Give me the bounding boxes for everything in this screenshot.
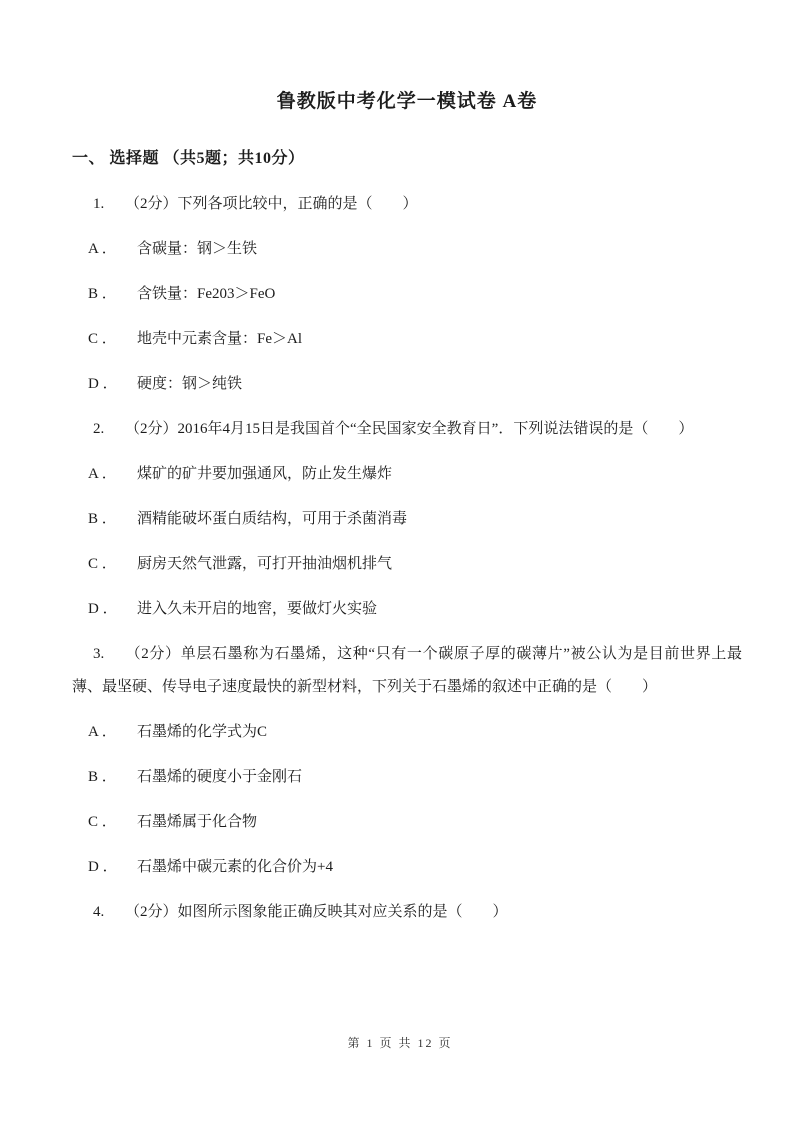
option-label: D ．: [88, 368, 137, 401]
question-number: 1.: [93, 188, 125, 221]
option-row: B ．石墨烯的硬度小于金刚石: [88, 761, 742, 794]
option-row: C ．石墨烯属于化合物: [88, 806, 742, 839]
page-footer: 第 1 页 共 12 页: [0, 1032, 800, 1054]
option-label: A ．: [88, 716, 137, 749]
exam-page: 鲁教版中考化学一模试卷 A卷 一、 选择题 （共5题；共10分） 1.（2分）下…: [0, 0, 800, 1132]
option-label: C ．: [88, 323, 137, 356]
question-stem: 2.（2分）2016年4月15日是我国首个“全民国家安全教育日”．下列说法错误的…: [72, 413, 742, 446]
option-text: 含铁量：Fe203＞FeO: [137, 286, 275, 302]
option-text: 硬度：钢＞纯铁: [137, 376, 242, 392]
option-text: 含碳量：钢＞生铁: [137, 241, 257, 257]
option-text: 酒精能破坏蛋白质结构，可用于杀菌消毒: [137, 511, 407, 527]
question-stem: 1.（2分）下列各项比较中，正确的是（ ）: [72, 188, 742, 221]
question-number: 3.: [93, 638, 125, 671]
option-label: D ．: [88, 593, 137, 626]
option-label: B ．: [88, 761, 137, 794]
option-row: C ．地壳中元素含量：Fe＞Al: [88, 323, 742, 356]
question-4: 4.（2分）如图所示图象能正确反映其对应关系的是（ ）: [72, 896, 742, 929]
option-label: C ．: [88, 806, 137, 839]
question-stem: 4.（2分）如图所示图象能正确反映其对应关系的是（ ）: [72, 896, 742, 929]
option-row: A ．煤矿的矿井要加强通风，防止发生爆炸: [88, 458, 742, 491]
question-number: 4.: [93, 896, 125, 929]
option-label: A ．: [88, 233, 137, 266]
option-text: 石墨烯属于化合物: [137, 814, 257, 830]
option-label: B ．: [88, 503, 137, 536]
option-row: D ．石墨烯中碳元素的化合价为+4: [88, 851, 742, 884]
question-2: 2.（2分）2016年4月15日是我国首个“全民国家安全教育日”．下列说法错误的…: [72, 413, 742, 626]
question-text: （2分）下列各项比较中，正确的是（ ）: [125, 196, 418, 212]
question-text: （2分）如图所示图象能正确反映其对应关系的是（ ）: [125, 904, 508, 920]
option-label: A ．: [88, 458, 137, 491]
section-heading: 一、 选择题 （共5题；共10分）: [72, 146, 742, 172]
question-stem: 3.（2分）单层石墨称为石墨烯，这种“只有一个碳原子厚的碳薄片”被公认为是目前世…: [72, 638, 742, 704]
option-row: A ．石墨烯的化学式为C: [88, 716, 742, 749]
option-text: 厨房天然气泄露，可打开抽油烟机排气: [137, 556, 392, 572]
option-text: 石墨烯的硬度小于金刚石: [137, 769, 302, 785]
option-row: B ．含铁量：Fe203＞FeO: [88, 278, 742, 311]
option-row: A ．含碳量：钢＞生铁: [88, 233, 742, 266]
option-label: C ．: [88, 548, 137, 581]
question-1: 1.（2分）下列各项比较中，正确的是（ ） A ．含碳量：钢＞生铁 B ．含铁量…: [72, 188, 742, 401]
option-text: 煤矿的矿井要加强通风，防止发生爆炸: [137, 466, 392, 482]
option-row: B ．酒精能破坏蛋白质结构，可用于杀菌消毒: [88, 503, 742, 536]
option-text: 地壳中元素含量：Fe＞Al: [137, 331, 302, 347]
option-row: D ．进入久未开启的地窖，要做灯火实验: [88, 593, 742, 626]
option-text: 进入久未开启的地窖，要做灯火实验: [137, 601, 377, 617]
option-row: C ．厨房天然气泄露，可打开抽油烟机排气: [88, 548, 742, 581]
option-text: 石墨烯中碳元素的化合价为+4: [137, 859, 333, 875]
question-number: 2.: [93, 413, 125, 446]
page-content: 鲁教版中考化学一模试卷 A卷 一、 选择题 （共5题；共10分） 1.（2分）下…: [0, 0, 800, 929]
option-label: D ．: [88, 851, 137, 884]
question-text: （2分）单层石墨称为石墨烯，这种“只有一个碳原子厚的碳薄片”被公认为是目前世界上…: [72, 646, 742, 695]
question-3: 3.（2分）单层石墨称为石墨烯，这种“只有一个碳原子厚的碳薄片”被公认为是目前世…: [72, 638, 742, 884]
option-text: 石墨烯的化学式为C: [137, 724, 267, 740]
question-text: （2分）2016年4月15日是我国首个“全民国家安全教育日”．下列说法错误的是（…: [125, 421, 693, 437]
option-row: D ．硬度：钢＞纯铁: [88, 368, 742, 401]
document-title: 鲁教版中考化学一模试卷 A卷: [72, 88, 742, 116]
option-label: B ．: [88, 278, 137, 311]
